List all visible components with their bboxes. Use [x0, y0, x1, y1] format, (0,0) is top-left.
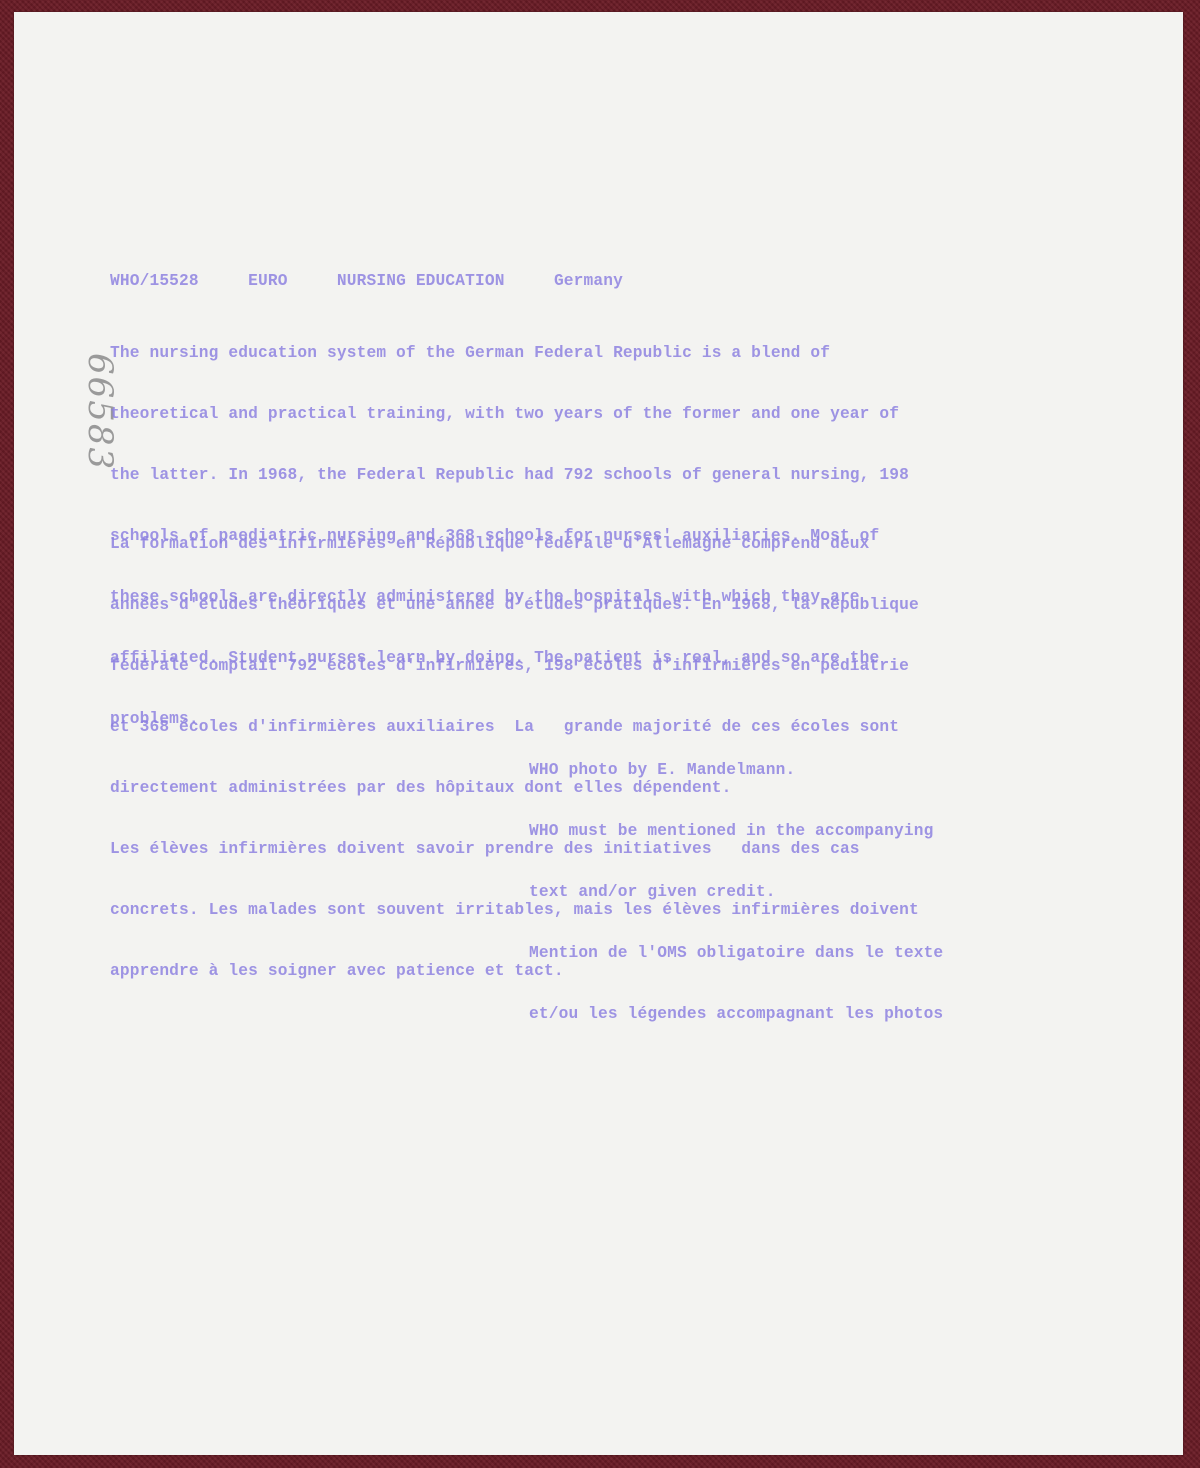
credit-line: text and/or given credit.	[529, 880, 943, 905]
credit-line: et/ou les légendes accompagnant les phot…	[529, 1002, 943, 1027]
subject-label: NURSING EDUCATION	[337, 272, 505, 290]
country-label: Germany	[554, 272, 623, 290]
text-line: années d'études théoriques et une année …	[110, 593, 919, 618]
text-line: the latter. In 1968, the Federal Republi…	[110, 463, 909, 488]
region-label: EURO	[248, 272, 287, 290]
credit-line: Mention de l'OMS obligatoire dans le tex…	[529, 941, 943, 966]
text-line: The nursing education system of the Germ…	[110, 341, 909, 366]
credit-line: WHO must be mentioned in the accompanyin…	[529, 819, 943, 844]
caption-header: WHO/15528 EURO NURSING EDUCATION Germany	[110, 269, 623, 294]
text-line: La formation des infirmières en Républiq…	[110, 532, 919, 557]
text-line: fédérale comptait 792 écoles d'infirmièr…	[110, 654, 919, 679]
photo-credit-block: WHO photo by E. Mandelmann. WHO must be …	[529, 722, 943, 1045]
text-line: theoretical and practical training, with…	[110, 402, 909, 427]
credit-line: WHO photo by E. Mandelmann.	[529, 758, 943, 783]
reference-number: WHO/15528	[110, 272, 199, 290]
